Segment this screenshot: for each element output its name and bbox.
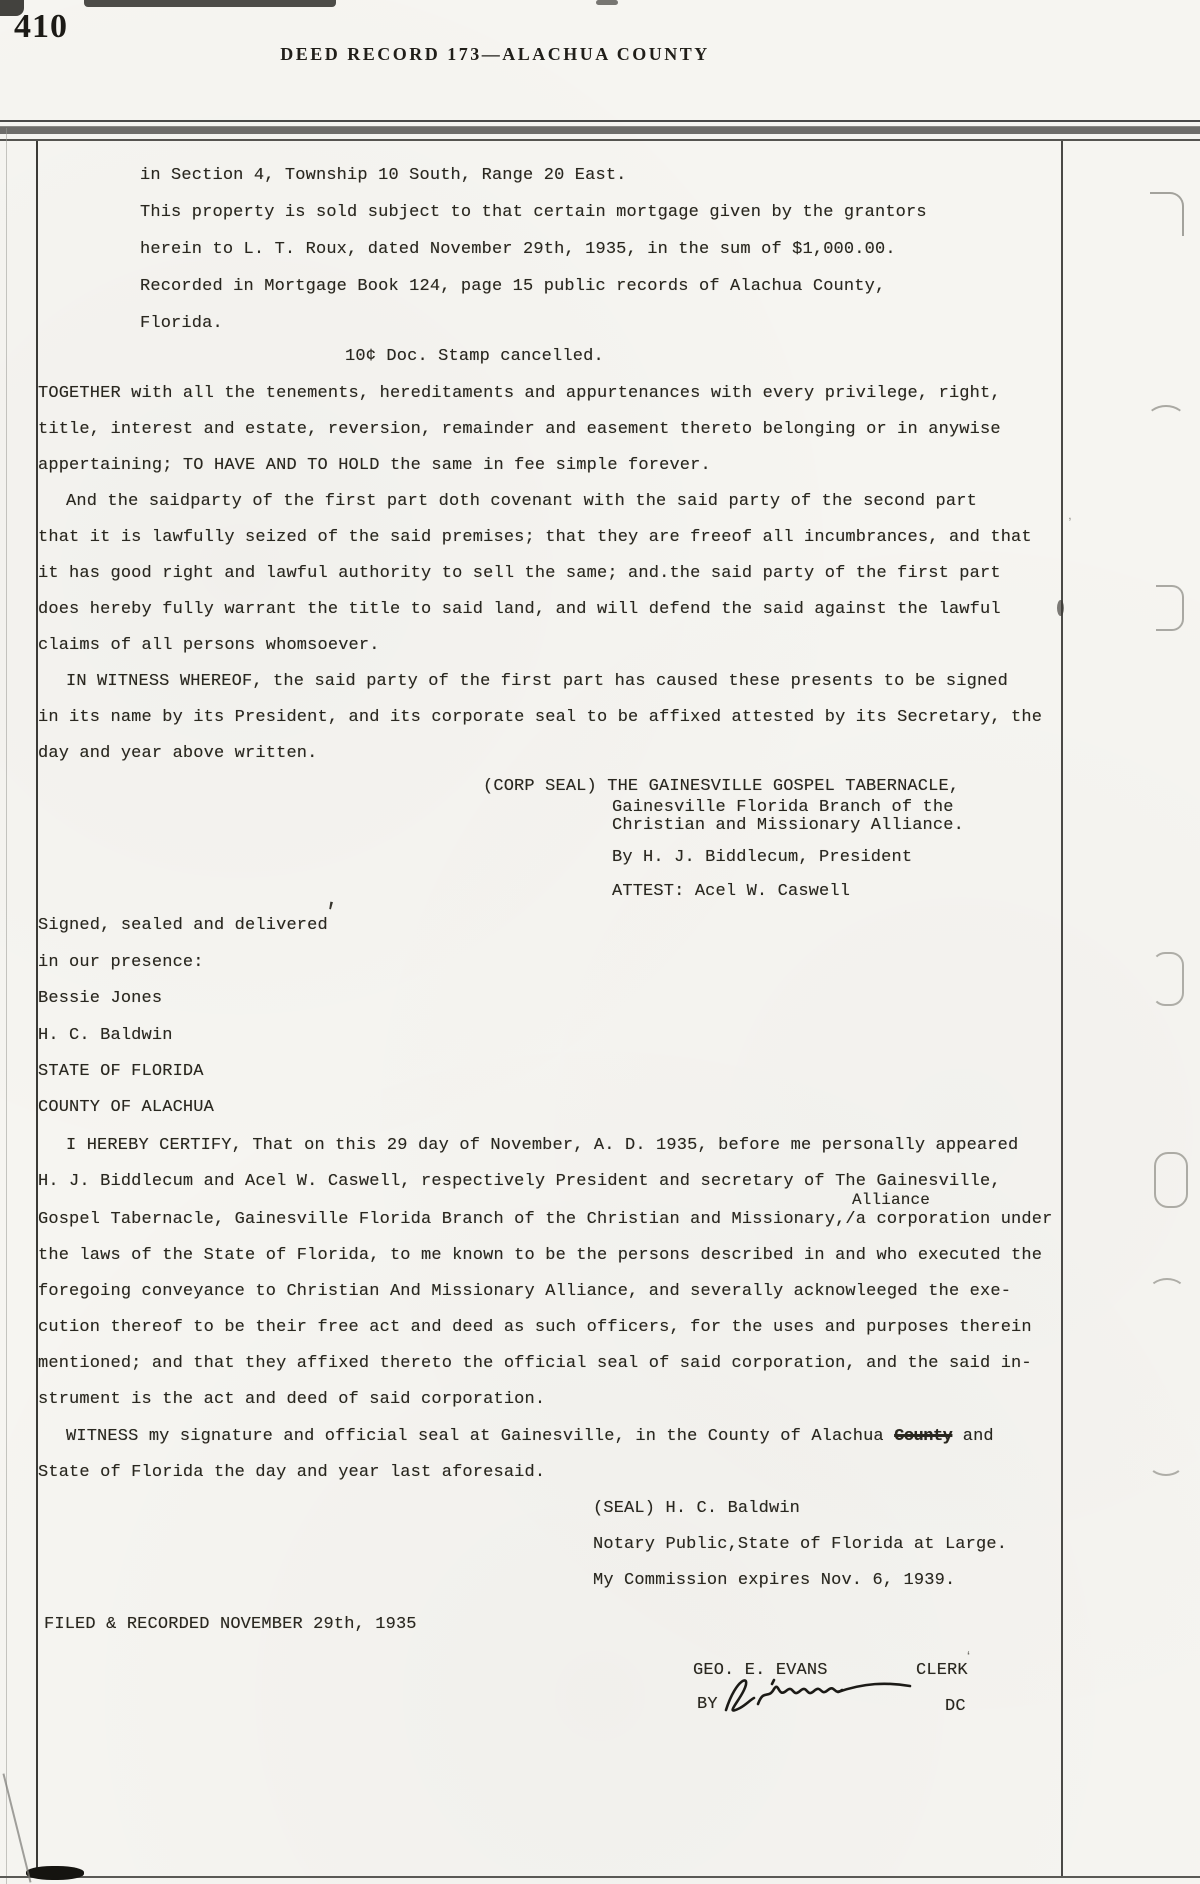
president-signature-line: By H. J. Biddlecum, President (612, 848, 912, 868)
deed-text-line: foregoing conveyance to Christian And Mi… (38, 1282, 1011, 1302)
deed-text-line: And the saidparty of the first part doth… (66, 492, 977, 512)
deed-text-line: herein to L. T. Roux, dated November 29t… (140, 240, 896, 260)
hole-punch-mark (1154, 1152, 1188, 1208)
deed-text-line: day and year above written. (38, 744, 318, 764)
notary-commission-line: My Commission expires Nov. 6, 1939. (593, 1571, 955, 1591)
scan-edge-line (6, 128, 7, 1884)
pen-tick-mark: ʻ (964, 1650, 973, 1667)
scan-artifact: ʼ (1066, 516, 1074, 531)
deed-text-line: H. J. Biddlecum and Acel W. Caswell, res… (38, 1172, 1001, 1192)
deed-text-line: IN WITNESS WHEREOF, the said party of th… (66, 672, 1008, 692)
deed-text-line: that it is lawfully seized of the said p… (38, 528, 1032, 548)
deed-text-line: cution thereof to be their free act and … (38, 1318, 1032, 1338)
scan-artifact (1146, 405, 1186, 435)
top-rule (0, 120, 1200, 122)
attest-line: ATTEST: Acel W. Caswell (612, 882, 850, 902)
deed-record-page: 410 DEED RECORD 173—ALACHUA COUNTY in Se… (0, 0, 1200, 1884)
inserted-word: Alliance (852, 1190, 930, 1210)
deed-text-line: does hereby fully warrant the title to s… (38, 600, 1001, 620)
deed-text-line: Gospel Tabernacle, Gainesville Florida B… (38, 1210, 1052, 1230)
witness-text-after: and (952, 1427, 993, 1446)
page-number: 410 (14, 8, 68, 46)
deed-text-line: claims of all persons whomsoever. (38, 636, 380, 656)
notary-title-line: Notary Public,State of Florida at Large. (593, 1535, 1007, 1555)
page-title: DEED RECORD 173—ALACHUA COUNTY (0, 44, 990, 65)
ink-blob (1057, 600, 1064, 616)
deputy-clerk-initials: DC (945, 1697, 966, 1717)
deed-text-line: title, interest and estate, reversion, r… (38, 420, 1001, 440)
corp-seal-line: Christian and Missionary Alliance. (612, 816, 964, 836)
deed-text-line: it has good right and lawful authority t… (38, 564, 1001, 584)
ink-blob (26, 1866, 84, 1880)
deed-text-line: in Section 4, Township 10 South, Range 2… (140, 166, 627, 186)
top-rule-thick (0, 126, 1200, 134)
witness-text-before: WITNESS my signature and official seal a… (66, 1427, 894, 1446)
scan-smudge (596, 0, 618, 5)
corp-seal-line: (CORP SEAL) THE GAINESVILLE GOSPEL TABER… (483, 777, 959, 797)
corp-seal-line: Gainesville Florida Branch of the (612, 798, 954, 818)
deed-text-line: strument is the act and deed of said cor… (38, 1390, 545, 1410)
clerk-signature (714, 1670, 924, 1720)
deed-text-line: I HEREBY CERTIFY, That on this 29 day of… (66, 1136, 1018, 1156)
filed-recorded-line: FILED & RECORDED NOVEMBER 29th, 1935 (44, 1615, 417, 1635)
deed-text-line: the laws of the State of Florida, to me … (38, 1246, 1042, 1266)
deed-text-line: in our presence: (38, 953, 204, 973)
deed-text-line: This property is sold subject to that ce… (140, 203, 927, 223)
deed-text-line: mentioned; and that they affixed thereto… (38, 1354, 1032, 1374)
scan-artifact (1150, 192, 1184, 236)
struck-word: County (894, 1427, 952, 1446)
hole-punch-mark (1152, 952, 1184, 1006)
deed-text-line: STATE OF FLORIDA (38, 1062, 204, 1082)
doc-stamp-line: 10¢ Doc. Stamp cancelled. (345, 347, 604, 367)
scan-artifact (1148, 1278, 1186, 1306)
right-border-line (1061, 141, 1063, 1878)
notary-seal-line: (SEAL) H. C. Baldwin (593, 1499, 800, 1519)
scan-artifact (1148, 1450, 1184, 1476)
deed-text-line: COUNTY OF ALACHUA (38, 1098, 214, 1118)
scan-artifact (1156, 585, 1184, 631)
scan-smudge (84, 0, 336, 7)
deed-text-line: Signed, sealed and delivered (38, 916, 328, 936)
deed-text-line: appertaining; TO HAVE AND TO HOLD the sa… (38, 456, 711, 476)
deed-text-line: in its name by its President, and its co… (38, 708, 1042, 728)
deed-text-line: Recorded in Mortgage Book 124, page 15 p… (140, 277, 885, 297)
bottom-rule (0, 1876, 1200, 1878)
deed-text-line: TOGETHER with all the tenements, heredit… (38, 384, 1001, 404)
deed-text-line: Florida. (140, 314, 223, 334)
witness-name-line: Bessie Jones (38, 989, 162, 1009)
deed-text-line: State of Florida the day and year last a… (38, 1463, 545, 1483)
witness-seal-line: WITNESS my signature and official seal a… (66, 1427, 994, 1447)
pen-tick-mark: ′ (319, 899, 339, 928)
top-rule (0, 139, 1200, 141)
witness-name-line: H. C. Baldwin (38, 1026, 173, 1046)
